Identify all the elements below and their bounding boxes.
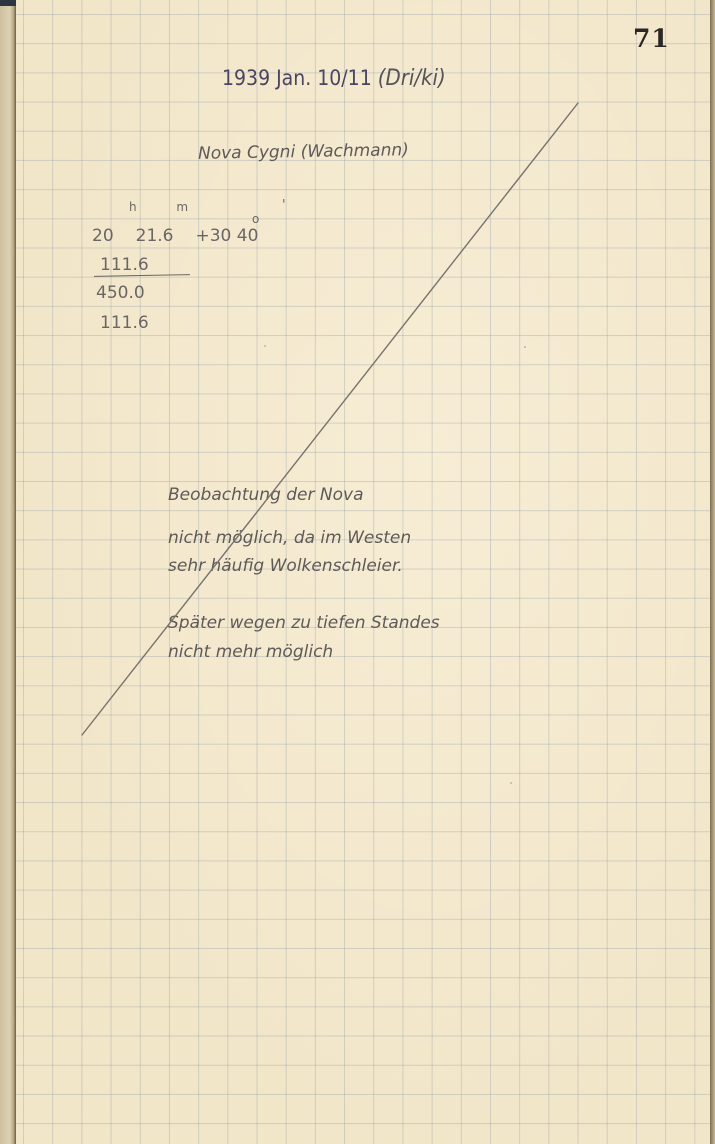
- note-line-1: Beobachtung der Nova: [168, 480, 364, 510]
- calc-units-deg: o: [252, 212, 259, 226]
- calc-row-4-a: 1: [100, 313, 111, 333]
- calc-row-1-declination: +30 40: [196, 226, 259, 246]
- entry-date: 1939 Jan. 10/11 (Dri/ki): [222, 66, 446, 91]
- calc-row-4-b: 11.6: [111, 313, 149, 333]
- note-line-2: nicht möglich, da im Westen: [168, 523, 411, 553]
- calc-row-3: 450.0: [96, 283, 145, 303]
- calc-row-1-hours: 20: [92, 226, 114, 246]
- paper-spot: [510, 782, 512, 784]
- date-stamp: 1939 Jan. 10: [222, 66, 341, 90]
- date-suffix: /11: [341, 66, 371, 90]
- calc-row-3-b: 50.0: [107, 283, 145, 303]
- calc-units-hm: h m: [129, 200, 206, 214]
- date-annotation: (Dri/ki): [378, 66, 446, 91]
- calc-row-3-a: 4: [96, 283, 107, 303]
- calc-row-1-minutes: 21.6: [136, 226, 174, 246]
- calc-row-1: 2021.6+30 40: [92, 226, 258, 246]
- calc-row-2-b: 11.6: [111, 255, 149, 275]
- object-title: Nova Cygni (Wachmann): [198, 140, 409, 164]
- paper-spot: [264, 345, 266, 347]
- calc-row-2-a: 1: [100, 255, 111, 275]
- calc-units-min: ': [282, 198, 286, 213]
- page-number: 71: [633, 24, 670, 53]
- note-line-4: Später wegen zu tiefen Standes: [168, 608, 440, 638]
- previous-page-edge: [0, 0, 16, 1144]
- note-line-3: sehr häufig Wolkenschleier.: [168, 551, 403, 581]
- note-line-5: nicht mehr möglich: [168, 637, 333, 667]
- page-edge-right: [710, 0, 715, 1144]
- paper-spot: [524, 346, 526, 348]
- calc-row-2: 111.6: [100, 255, 149, 275]
- calc-row-4: 111.6: [100, 313, 149, 333]
